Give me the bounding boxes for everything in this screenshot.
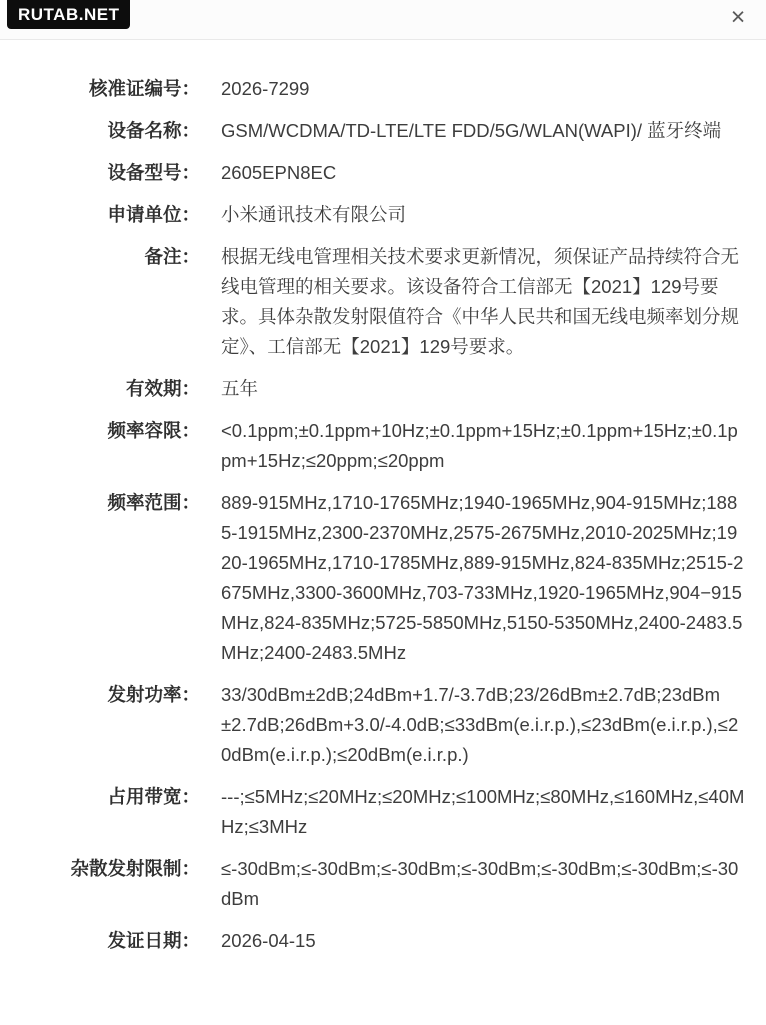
- field-value: ---;≤5MHz;≤20MHz;≤20MHz;≤100MHz;≤80MHz,≤…: [221, 782, 745, 842]
- field-value: 小米通讯技术有限公司: [221, 200, 745, 230]
- field-row: 核准证编号：2026-7299: [0, 74, 745, 104]
- field-label: 发证日期：: [0, 926, 200, 956]
- field-value: 889-915MHz,1710-1765MHz;1940-1965MHz,904…: [221, 488, 745, 668]
- detail-fields-list: 核准证编号：2026-7299设备名称：GSM/WCDMA/TD-LTE/LTE…: [0, 40, 766, 956]
- field-label: 杂散发射限制：: [0, 854, 200, 884]
- field-label: 申请单位：: [0, 200, 200, 230]
- field-row: 占用带宽：---;≤5MHz;≤20MHz;≤20MHz;≤100MHz;≤80…: [0, 782, 745, 842]
- field-row: 有效期：五年: [0, 374, 745, 404]
- field-row: 频率范围：889-915MHz,1710-1765MHz;1940-1965MH…: [0, 488, 745, 668]
- field-label: 设备型号：: [0, 158, 200, 188]
- field-label: 占用带宽：: [0, 782, 200, 812]
- field-value: 五年: [221, 374, 745, 404]
- field-value: 2605EPN8EC: [221, 158, 745, 188]
- field-value: 2026-7299: [221, 74, 745, 104]
- field-value: 33/30dBm±2dB;24dBm+1.7/-3.7dB;23/26dBm±2…: [221, 680, 745, 770]
- field-value: <0.1ppm;±0.1ppm+10Hz;±0.1ppm+15Hz;±0.1pp…: [221, 416, 745, 476]
- field-value: 根据无线电管理相关技术要求更新情况，须保证产品持续符合无线电管理的相关要求。该设…: [221, 242, 745, 362]
- field-label: 频率范围：: [0, 488, 200, 518]
- field-label: 发射功率：: [0, 680, 200, 710]
- field-row: 申请单位：小米通讯技术有限公司: [0, 200, 745, 230]
- field-row: 设备名称：GSM/WCDMA/TD-LTE/LTE FDD/5G/WLAN(WA…: [0, 116, 745, 146]
- field-value: ≤-30dBm;≤-30dBm;≤-30dBm;≤-30dBm;≤-30dBm;…: [221, 854, 745, 914]
- field-row: 发证日期：2026-04-15: [0, 926, 745, 956]
- field-value: 2026-04-15: [221, 926, 745, 956]
- field-row: 备注：根据无线电管理相关技术要求更新情况，须保证产品持续符合无线电管理的相关要求…: [0, 242, 745, 362]
- field-row: 杂散发射限制：≤-30dBm;≤-30dBm;≤-30dBm;≤-30dBm;≤…: [0, 854, 745, 914]
- field-label: 备注：: [0, 242, 200, 272]
- field-row: 设备型号：2605EPN8EC: [0, 158, 745, 188]
- field-row: 发射功率：33/30dBm±2dB;24dBm+1.7/-3.7dB;23/26…: [0, 680, 745, 770]
- field-label: 设备名称：: [0, 116, 200, 146]
- close-icon[interactable]: ×: [723, 2, 753, 32]
- field-row: 频率容限：<0.1ppm;±0.1ppm+10Hz;±0.1ppm+15Hz;±…: [0, 416, 745, 476]
- field-label: 核准证编号：: [0, 74, 200, 104]
- field-label: 有效期：: [0, 374, 200, 404]
- field-value: GSM/WCDMA/TD-LTE/LTE FDD/5G/WLAN(WAPI)/ …: [221, 116, 745, 146]
- field-label: 频率容限：: [0, 416, 200, 446]
- watermark-badge: RUTAB.NET: [7, 0, 130, 29]
